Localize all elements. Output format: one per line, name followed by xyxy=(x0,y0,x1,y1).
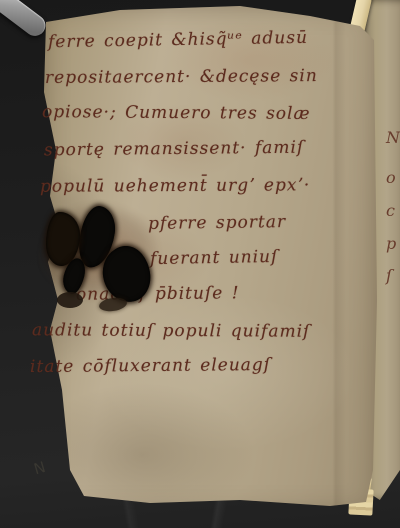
manuscript-text-line: populū uehement̄ urgʼ epxʼ· xyxy=(40,175,310,196)
manuscript-text-line: itate cōfluxerant eleuagſ xyxy=(30,355,271,377)
manuscript-text-line: onachiſ p̄bituſe ! xyxy=(76,283,240,304)
manuscript-text-line: repositaercent· &decęse sin xyxy=(45,66,318,88)
manuscript-text-line: auditu totiuſ populi quifamiſ xyxy=(32,320,310,341)
manuscript-text-line: sportę remansissent· famiſ xyxy=(44,138,304,161)
manuscript-text-block: ferre coepit &hisq̃ᵘᵉ adusū repositaerce… xyxy=(0,0,400,528)
manuscript-text-line: ferre coepit &hisq̃ᵘᵉ adusū xyxy=(48,28,308,53)
manuscript-text-line: pferre sportar xyxy=(148,212,286,234)
manuscript-text-line: opiose·; Cumuero tres solæ xyxy=(42,102,311,124)
manuscript-photo: N o c p ſ ferre coepit &hisq̃ᵘᵉ adusū re… xyxy=(0,0,400,528)
manuscript-text-line: fuerant uniuſ xyxy=(150,247,279,269)
